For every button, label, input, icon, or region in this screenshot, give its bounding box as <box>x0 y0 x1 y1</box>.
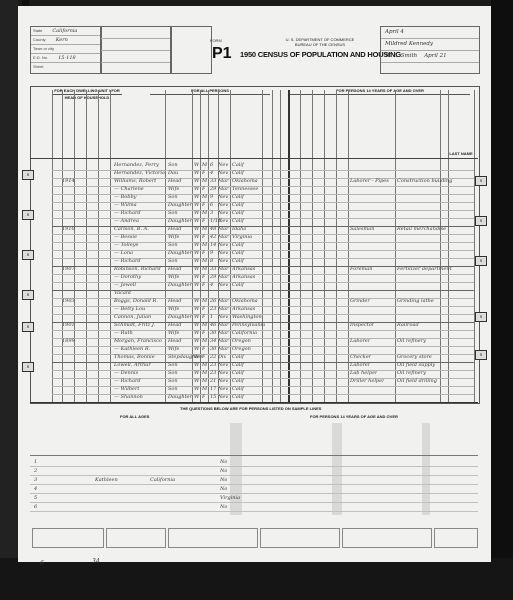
person-sex: F <box>202 392 205 402</box>
scan-border-bottom <box>0 558 513 600</box>
county-label: County <box>33 37 46 42</box>
city-label: Town or city <box>33 46 54 51</box>
form-label: FORM <box>210 38 222 43</box>
location-detail-box-2 <box>170 26 212 74</box>
agency-line-2: BUREAU OF THE CENSUS <box>260 42 380 47</box>
header-divider <box>30 158 478 159</box>
footer-page-mark: 34 <box>92 558 100 565</box>
sample-line-marker: S <box>475 312 487 322</box>
sample-line-marker: S <box>22 210 34 220</box>
enumerator-name: Mildred Kennedy <box>381 39 479 51</box>
sample-section-title: THE QUESTIONS BELOW ARE FOR PERSONS LIST… <box>180 405 321 412</box>
scan-border-right <box>491 0 513 600</box>
sample-line-marker: S <box>22 170 34 180</box>
approval-date: April 21 <box>424 53 446 59</box>
section-all-persons: FOR ALL PERSONS <box>150 87 270 95</box>
enumerator-date: April 4 <box>381 27 479 39</box>
approval-name: W. E. Smith <box>385 53 417 59</box>
scan-border-left <box>0 0 18 600</box>
form-id: P1 <box>212 45 232 63</box>
sample-line-marker: S <box>475 216 487 226</box>
agency-name: U. S. DEPARTMENT OF COMMERCE BUREAU OF T… <box>260 37 380 47</box>
location-header: StateCalifornia CountyKern Town or city … <box>30 26 102 74</box>
footer-instructions-box <box>168 528 258 548</box>
footer-instructions-box <box>434 528 478 548</box>
sample-row: 6 No <box>30 502 478 512</box>
footer-instructions-box <box>260 528 340 548</box>
sample-questions-section: THE QUESTIONS BELOW ARE FOR PERSONS LIST… <box>30 402 478 521</box>
footer-instructions-box <box>106 528 166 548</box>
footer-instructions-box <box>342 528 432 548</box>
population-rows: Hernandez, Perry Son W M 6 Nev Calif Her… <box>52 160 474 402</box>
last-name-col-label: LAST NAME <box>448 150 474 157</box>
location-detail-box <box>100 26 172 74</box>
sample-all-ages-title: FOR ALL AGES <box>120 413 149 420</box>
ed-label: E.D. No. <box>33 55 48 60</box>
sheet-label: Sheet <box>33 64 43 69</box>
sample-line-number: 6 <box>34 502 37 512</box>
state-label: State <box>33 28 42 33</box>
section-age-14: FOR PERSONS 14 YEARS OF AGE AND OVER <box>290 87 470 95</box>
state-value: California <box>52 28 77 34</box>
sample-line-marker: S <box>22 250 34 260</box>
sample-line-marker: S <box>22 322 34 332</box>
sample-line-marker: S <box>22 290 34 300</box>
sample-line-marker: S <box>475 350 487 360</box>
approval-line: W. E. Smith April 21 <box>381 51 479 63</box>
person-age: 15 <box>210 392 216 402</box>
ed-value: 15-118 <box>58 55 76 61</box>
footer-instructions-box <box>32 528 104 548</box>
person-relation: Daughter <box>168 392 192 402</box>
footer-ed-mark: 6 <box>40 560 44 567</box>
sample-age14-title: FOR PERSONS 14 YEARS OF AGE AND OVER <box>310 413 398 420</box>
document-title: 1950 CENSUS OF POPULATION AND HOUSING <box>240 50 401 59</box>
person-name: — Shannon <box>114 392 143 402</box>
person-marital: Nev <box>218 392 228 402</box>
sample-entry: No <box>220 502 227 512</box>
person-race: W <box>194 392 199 402</box>
sample-line-marker: S <box>475 176 487 186</box>
sample-header-divider <box>30 455 478 456</box>
person-birthplace: Calif <box>232 392 244 402</box>
sample-line-marker: S <box>475 256 487 266</box>
sample-line-marker: S <box>22 362 34 372</box>
county-value: Kern <box>56 37 68 43</box>
enumerator-header: April 4 Mildred Kennedy W. E. Smith Apri… <box>380 26 480 74</box>
